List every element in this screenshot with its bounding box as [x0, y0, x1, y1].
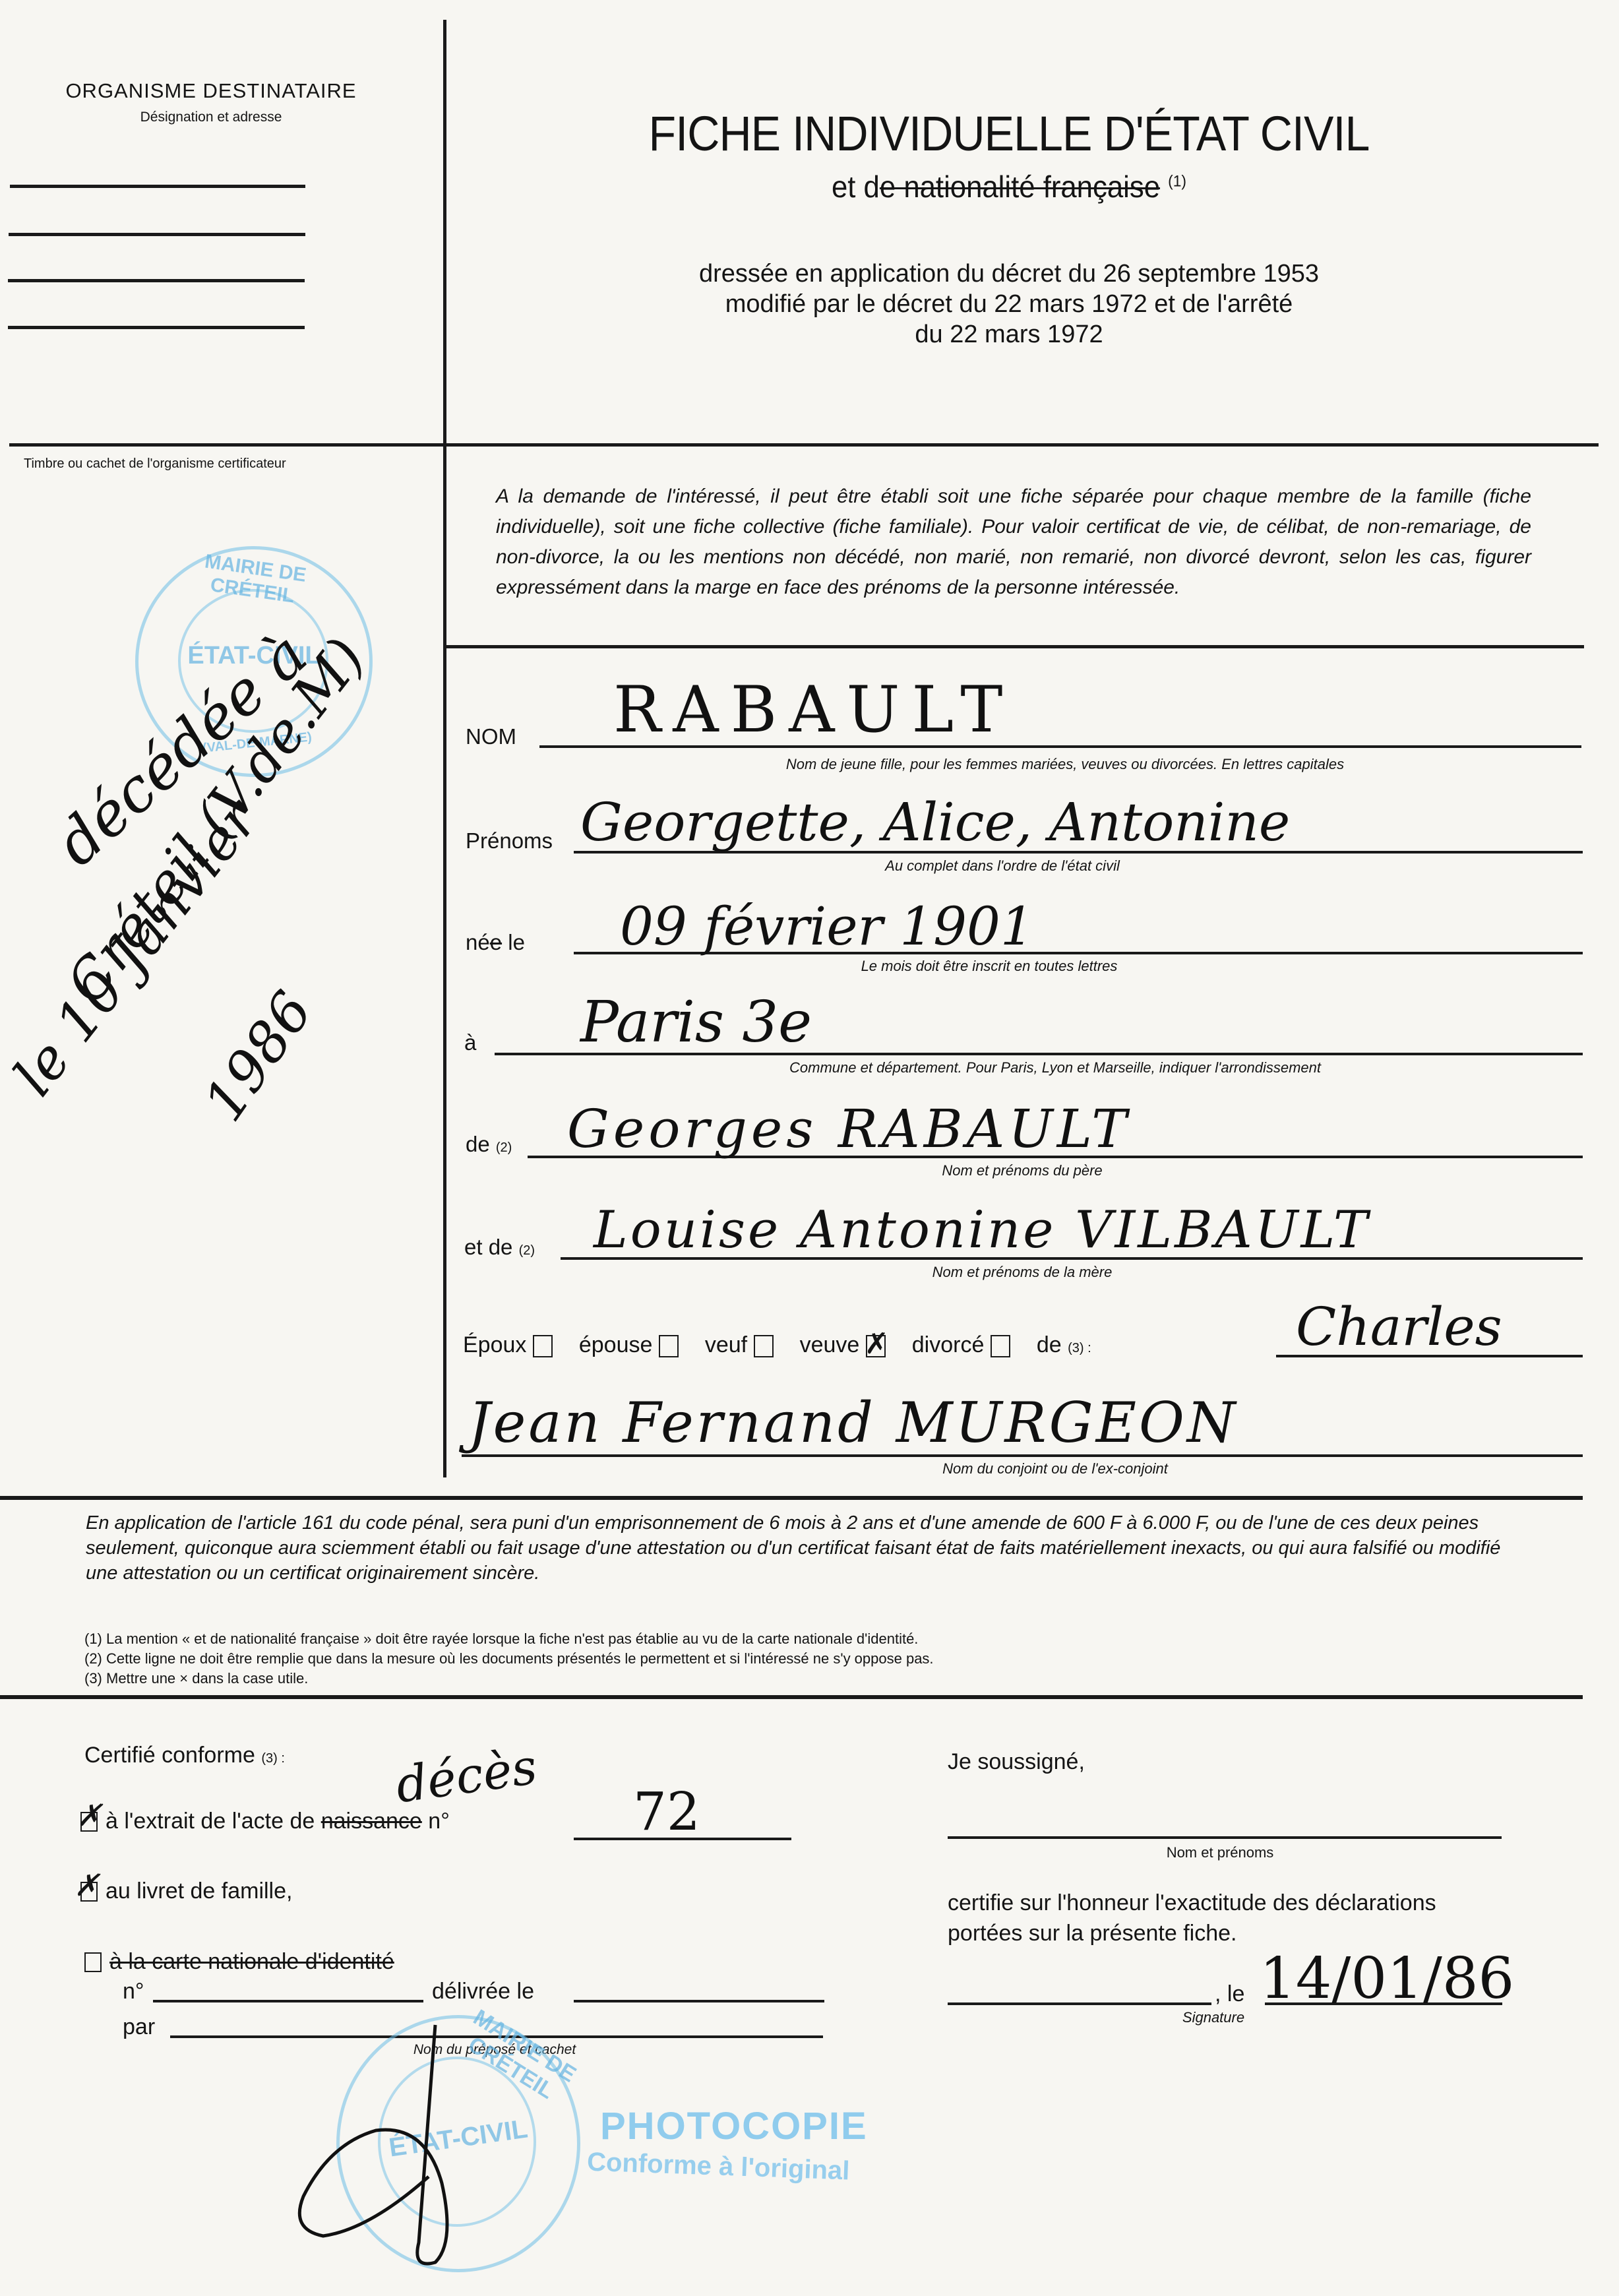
delivree-date-line[interactable] [574, 2000, 824, 2002]
conjoint-first-value[interactable]: Charles [1296, 1296, 1502, 1357]
veuve-checkbox[interactable] [866, 1335, 886, 1357]
lieu-hint: Commune et département. Pour Paris, Lyon… [594, 1059, 1517, 1076]
document-subtitle: et de nationalité française (1) [477, 169, 1542, 204]
naissance-value[interactable]: 09 février 1901 [620, 896, 1034, 957]
cert-extrait-row: ✗ à l'extrait de l'acte de naissance n° [80, 1809, 450, 1834]
declarant-name-hint: Nom et prénoms [1055, 1844, 1385, 1861]
footnote-3: (3) Mettre une × dans la case utile. [84, 1669, 934, 1689]
extrait-checkbox[interactable]: ✗ [80, 1812, 98, 1832]
footnotes-divider [0, 1695, 1583, 1699]
conjoint-hint: Nom du conjoint ou de l'ex-conjoint [857, 1460, 1253, 1477]
margin-death-note: décédée à Créteil (V.de.M) le 10 Janvier… [20, 712, 442, 1240]
footnote-2: (2) Cette ligne ne doit être remplie que… [84, 1649, 934, 1669]
instructions-paragraph: A la demande de l'intéressé, il peut êtr… [496, 481, 1531, 603]
footnotes: (1) La mention « et de nationalité franç… [84, 1629, 934, 1689]
carte-checkbox[interactable] [84, 1952, 102, 1972]
footnote-1: (1) La mention « et de nationalité franç… [84, 1629, 934, 1649]
prenoms-hint: Au complet dans l'ordre de l'état civil [706, 857, 1299, 875]
document-title: FICHE INDIVIDUELLE D'ÉTAT CIVIL [493, 106, 1525, 162]
declaration-date[interactable]: 14/01/86 [1260, 1946, 1514, 2012]
delivree-label: délivrée le [432, 1979, 534, 2004]
pere-label: de (2) [466, 1132, 512, 1157]
subtitle-struck: e nationalité française [880, 170, 1160, 204]
legal-warning: En application de l'article 161 du code … [86, 1510, 1517, 1586]
status-epouse[interactable]: épouse [579, 1332, 696, 1358]
header-divider [9, 443, 1599, 447]
address-line-2[interactable] [9, 233, 305, 236]
nom-label: NOM [466, 724, 516, 749]
address-line-3[interactable] [8, 279, 305, 282]
form-bottom-divider [0, 1496, 1583, 1500]
certification-title: Certifié conforme (3) : [84, 1743, 285, 1768]
signature-line[interactable] [948, 2002, 1211, 2005]
epouse-checkbox[interactable] [659, 1335, 679, 1357]
cert-carte-row: à la carte nationale d'identité [84, 1949, 394, 1975]
address-line-1[interactable] [10, 185, 305, 188]
veuf-checkbox[interactable] [754, 1335, 774, 1357]
carte-number-line[interactable] [153, 2000, 423, 2002]
pere-value[interactable]: Georges RABAULT [567, 1098, 1131, 1160]
lieu-label: à [464, 1030, 476, 1055]
recipient-org-subtitle: Désignation et adresse [0, 109, 422, 125]
certifie-text: certifie sur l'honneur l'exactitude des … [948, 1888, 1508, 1948]
marital-status-row: Époux épouse veuf veuve divorcé de (3) : [463, 1332, 1091, 1358]
epoux-checkbox[interactable] [533, 1335, 553, 1357]
subtitle-footnote-ref: (1) [1168, 173, 1186, 191]
decree-reference: dressée en application du décret du 26 s… [448, 259, 1570, 350]
naissance-hint: Le mois doit être inscrit en toutes lett… [758, 958, 1220, 975]
livret-checkbox[interactable]: ✗ [80, 1882, 98, 1902]
status-de-label: de (3) : [1037, 1332, 1091, 1358]
le-label: , le [1215, 1979, 1244, 2009]
conjoint-value[interactable]: Jean Fernand MURGEON [468, 1390, 1238, 1455]
subtitle-kept: et d [832, 170, 880, 204]
nom-hint: Nom de jeune fille, pour les femmes mari… [521, 756, 1609, 773]
photocopy-stamp: PHOTOCOPIE Conforme à l'original [600, 2104, 868, 2182]
extrait-handwritten-word: décès [392, 1738, 540, 1814]
extrait-number-value[interactable]: 72 [633, 1781, 700, 1842]
lieu-value[interactable]: Paris 3e [580, 989, 812, 1055]
address-line-4[interactable] [8, 326, 305, 329]
status-veuve[interactable]: veuve [800, 1332, 903, 1358]
cert-livret-row: ✗ au livret de famille, [80, 1878, 292, 1904]
naissance-label: née le [466, 930, 525, 955]
status-veuf[interactable]: veuf [705, 1332, 791, 1358]
mere-label: et de (2) [464, 1235, 535, 1260]
status-epoux[interactable]: Époux [463, 1332, 570, 1358]
recipient-org-title: ORGANISME DESTINATAIRE [0, 79, 422, 103]
official-signature [277, 2018, 475, 2282]
main-vertical-divider [443, 20, 446, 1477]
declarant-name-line[interactable] [948, 1836, 1502, 1839]
instructions-divider [443, 645, 1584, 648]
cert-carte-number-row: n° [123, 1979, 144, 2004]
certifier-stamp-label: Timbre ou cachet de l'organisme certific… [24, 456, 286, 472]
prenoms-label: Prénoms [466, 828, 553, 853]
nom-value[interactable]: RABAULT [613, 673, 1014, 747]
par-label: par [123, 2014, 155, 2040]
je-soussigne: Je soussigné, [948, 1747, 1085, 1777]
prenoms-value[interactable]: Georgette, Alice, Antonine [580, 791, 1290, 853]
mere-hint: Nom et prénoms de la mère [824, 1264, 1220, 1281]
status-divorce[interactable]: divorcé [912, 1332, 1027, 1358]
mere-value[interactable]: Louise Antonine VILBAULT [594, 1200, 1370, 1260]
pere-hint: Nom et prénoms du père [824, 1162, 1220, 1179]
divorce-checkbox[interactable] [991, 1335, 1010, 1357]
signature-hint: Signature [1161, 2009, 1266, 2026]
